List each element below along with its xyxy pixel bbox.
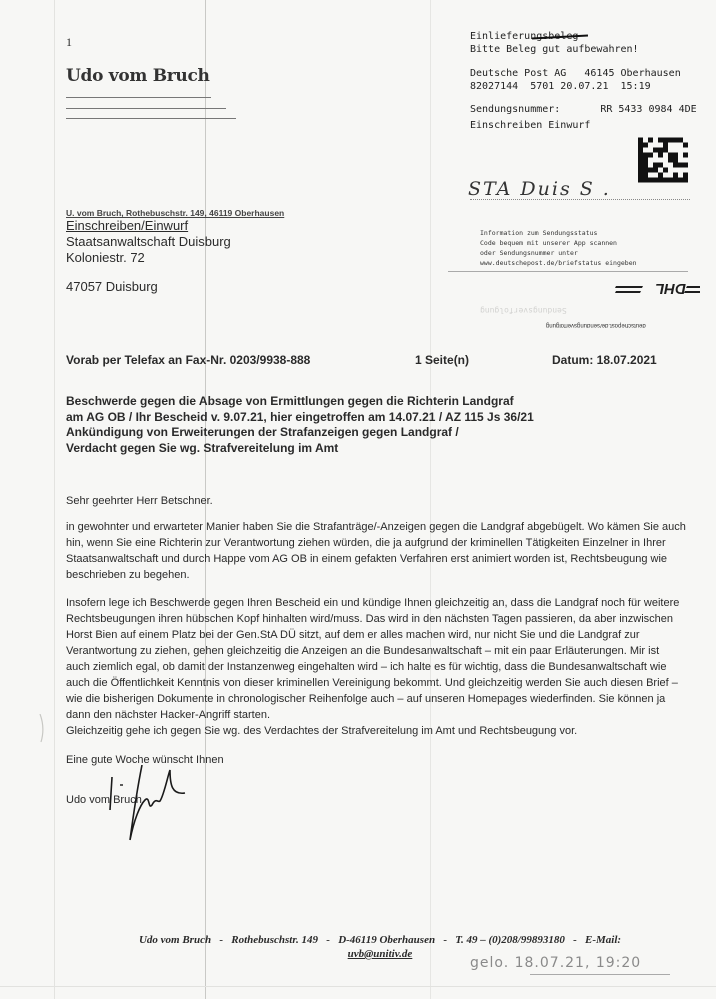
tracking-number: RR 5433 0984 4DE <box>600 104 696 115</box>
svg-text:DHL: DHL <box>655 282 686 297</box>
tracking-info: Information zum Sendungsstatus Code bequ… <box>480 228 637 268</box>
subject-line: Verdacht gegen Sie wg. Strafvereitelung … <box>66 441 676 457</box>
body-paragraph: Insofern lege ich Beschwerde gegen Ihren… <box>66 595 686 723</box>
handwritten-signature <box>90 765 200 845</box>
recipient-city: 47057 Duisburg <box>66 279 158 294</box>
subject-block: Beschwerde gegen die Absage von Ermittlu… <box>66 394 676 456</box>
scan-edge-mark <box>38 714 46 744</box>
delivery-type: Einschreiben/Einwurf <box>66 218 188 233</box>
fax-line: Vorab per Telefax an Fax-Nr. 0203/9938-8… <box>66 353 310 367</box>
info-line: oder Sendungsnummer unter <box>480 248 637 258</box>
info-line: Code bequem mit unserer App scannen <box>480 238 637 248</box>
dhl-footer-url: deutschepost.de/sendungsverfolgung <box>546 322 646 328</box>
footer-contact: Udo vom Bruch - Rothebuschstr. 149 - D-4… <box>100 933 660 947</box>
recipient-street: Koloniestr. 72 <box>66 250 145 265</box>
handwritten-annotation: STA Duis S . <box>468 178 611 200</box>
receipt-service: Einschreiben Einwurf <box>470 119 700 132</box>
scan-fold-line <box>0 986 716 987</box>
dhl-logo-icon: DHL <box>615 282 700 298</box>
subject-line: Ankündigung von Erweiterungen der Strafa… <box>66 425 676 441</box>
letterhead-name: Udo vom Bruch <box>66 66 210 86</box>
subject-line: am AG OB / Ihr Bescheid v. 9.07.21, hier… <box>66 410 676 426</box>
recipient-name: Staatsanwaltschaft Duisburg <box>66 234 231 249</box>
return-address: U. vom Bruch, Rothebuschstr. 149, 46119 … <box>66 208 284 218</box>
info-line: Information zum Sendungsstatus <box>480 228 637 238</box>
salutation: Sehr geehrter Herr Betschner. <box>66 493 686 509</box>
datamatrix-code-icon <box>638 137 688 183</box>
letter-date: Datum: 18.07.2021 <box>552 353 657 367</box>
tracking-row: Sendungsnummer:RR 5433 0984 4DE <box>470 103 700 116</box>
receipt-carrier: Deutsche Post AG 46145 Oberhausen <box>470 67 700 80</box>
info-line: www.deutschepost.de/briefstatus eingeben <box>480 258 637 268</box>
scan-fold-line <box>54 0 55 999</box>
info-divider <box>448 271 688 272</box>
letterhead-rule <box>66 108 226 109</box>
tracking-label: Sendungsnummer: <box>470 104 560 115</box>
body-paragraph: in gewohnter und erwarteter Manier haben… <box>66 519 686 583</box>
receipt-id-line: 82027144 5701 20.07.21 15:19 <box>470 80 700 93</box>
subject-line: Beschwerde gegen die Absage von Ermittlu… <box>66 394 676 410</box>
dotted-divider <box>470 199 690 200</box>
handwritten-underline <box>530 974 670 975</box>
body-paragraph: Gleichzeitig gehe ich gegen Sie wg. des … <box>66 723 686 739</box>
receipt-note: Bitte Beleg gut aufbewahren! <box>470 43 700 56</box>
handwritten-received-note: gelo. 18.07.21, 19:20 <box>470 955 641 971</box>
letterhead-rule <box>66 97 211 98</box>
bleed-through-text: Sendungsverfolgung <box>480 306 567 315</box>
page-count: 1 Seite(n) <box>415 353 469 367</box>
postal-receipt: Einlieferungsbeleg Bitte Beleg gut aufbe… <box>470 30 700 132</box>
page-number: 1 <box>66 35 72 50</box>
letterhead-rule <box>66 118 236 119</box>
